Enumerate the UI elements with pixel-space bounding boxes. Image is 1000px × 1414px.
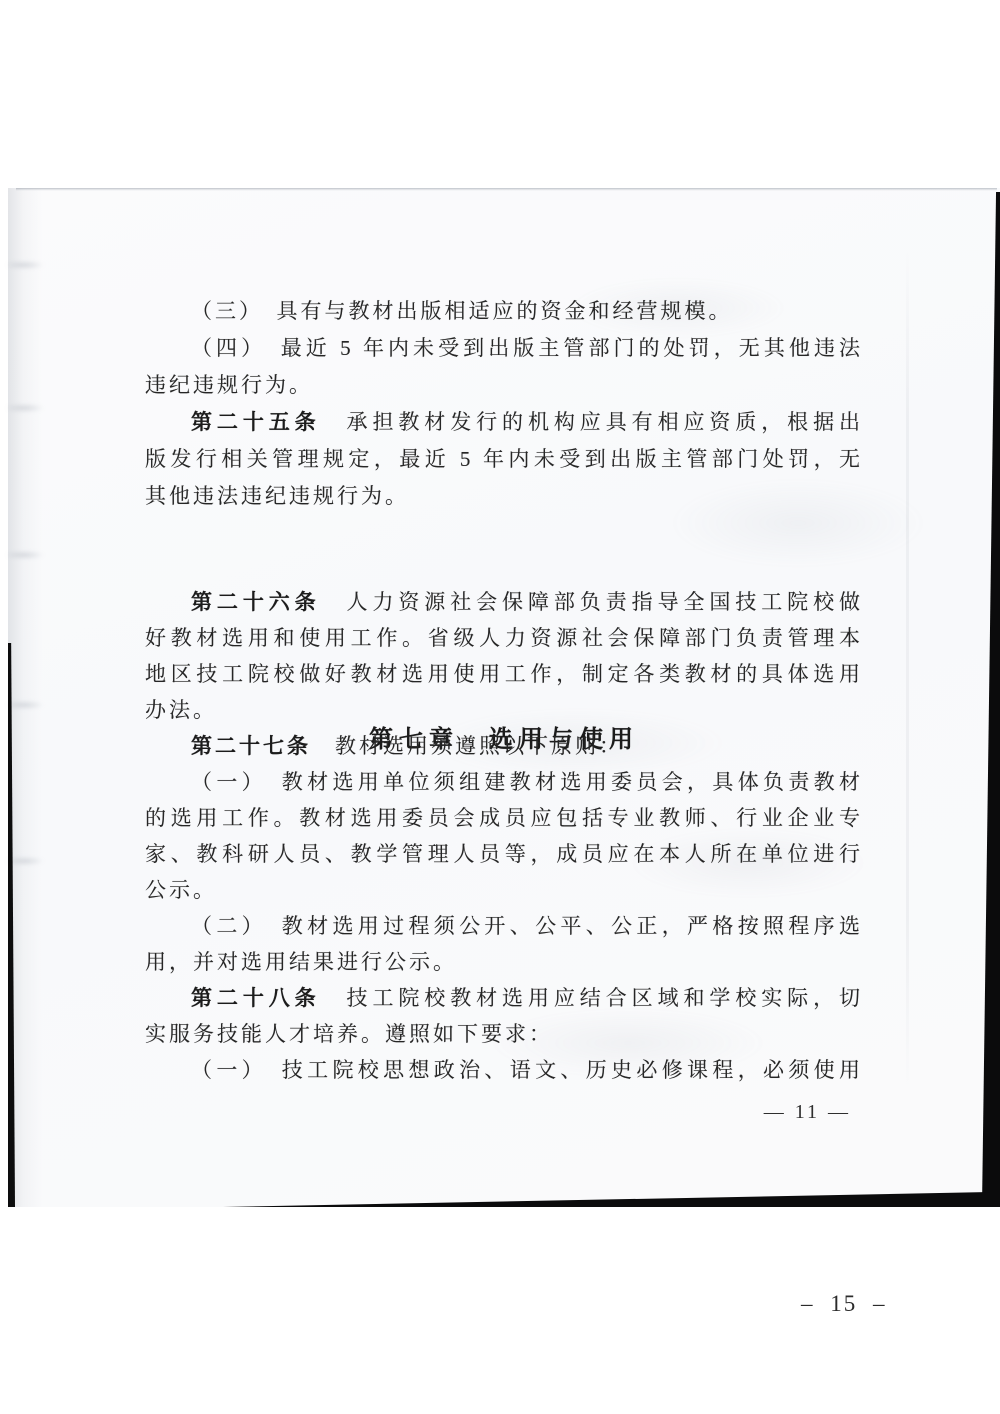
text-line: 其他违法违纪违规行为。 xyxy=(145,478,863,515)
text-line: 好教材选用和使用工作。省级人力资源社会保障部门负责管理本 xyxy=(145,620,863,656)
text-segment: 人力资源社会保障部负责指导全国技工院校做 xyxy=(321,590,863,614)
scanned-page-number: — 11 — xyxy=(145,1098,863,1126)
article-number: 第二十六条 xyxy=(191,590,321,614)
text-line: 公示。 xyxy=(145,872,863,908)
text-segment: 地区技工院校做好教材选用使用工作，制定各类教材的具体选用 xyxy=(145,662,863,686)
text-segment: 家、教科研人员、教学管理人员等，成员应在本人所在单位进行 xyxy=(145,842,863,866)
paper-top-edge xyxy=(16,188,997,191)
text-segment: 其他违法违纪违规行为。 xyxy=(145,484,409,508)
text-segment: 实服务技能人才培养。遵照如下要求： xyxy=(145,1022,553,1046)
paper-crease xyxy=(8,700,54,710)
text-line: 第二十五条 承担教材发行的机构应具有相应资质，根据出 xyxy=(145,404,863,441)
paragraph-block-top: （三） 具有与教材出版相适应的资金和经营规模。（四） 最近 5 年内未受到出版主… xyxy=(145,293,863,515)
text-segment: 用，并对选用结果进行公示。 xyxy=(145,950,457,974)
article-number: 第二十七条 xyxy=(191,734,311,758)
text-line: （三） 具有与教材出版相适应的资金和经营规模。 xyxy=(145,293,863,330)
text-line: 第二十六条 人力资源社会保障部负责指导全国技工院校做 xyxy=(145,584,863,620)
text-segment: （三） 具有与教材出版相适应的资金和经营规模。 xyxy=(191,299,733,323)
text-line: 版发行相关管理规定，最近 5 年内未受到出版主管部门处罚，无 xyxy=(145,441,863,478)
paper-crease xyxy=(8,550,54,560)
text-line: 用，并对选用结果进行公示。 xyxy=(145,944,863,980)
scanned-page: （三） 具有与教材出版相适应的资金和经营规模。（四） 最近 5 年内未受到出版主… xyxy=(8,188,1000,1207)
text-line: （二） 教材选用过程须公开、公平、公正，严格按照程序选 xyxy=(145,908,863,944)
text-segment: 的选用工作。教材选用委员会成员应包括专业教师、行业企业专 xyxy=(145,806,863,830)
text-segment: （一） 技工院校思想政治、语文、历史必修课程，必须使用 xyxy=(191,1058,863,1082)
article-number: 第二十八条 xyxy=(191,986,321,1010)
text-line: 地区技工院校做好教材选用使用工作，制定各类教材的具体选用 xyxy=(145,656,863,692)
scan-edge-bottom xyxy=(223,1192,990,1207)
text-segment: 承担教材发行的机构应具有相应资质，根据出 xyxy=(321,410,863,434)
text-line: 的选用工作。教材选用委员会成员应包括专业教师、行业企业专 xyxy=(145,800,863,836)
paragraph-block-bottom: 第二十六条 人力资源社会保障部负责指导全国技工院校做好教材选用和使用工作。省级人… xyxy=(145,584,863,1088)
text-segment: 办法。 xyxy=(145,698,217,722)
text-segment: （四） 最近 5 年内未受到出版主管部门的处罚，无其他违法 xyxy=(191,336,863,360)
text-segment: 教材选用须遵照以下原则： xyxy=(311,734,623,758)
text-line: 家、教科研人员、教学管理人员等，成员应在本人所在单位进行 xyxy=(145,836,863,872)
paper-crease xyxy=(8,856,54,866)
text-line: 实服务技能人才培养。遵照如下要求： xyxy=(145,1016,863,1052)
text-line: 第二十八条 技工院校教材选用应结合区域和学校实际，切 xyxy=(145,980,863,1016)
paper-crease xyxy=(8,403,54,413)
pdf-page-background: （三） 具有与教材出版相适应的资金和经营规模。（四） 最近 5 年内未受到出版主… xyxy=(0,0,1000,1414)
article-number: 第二十五条 xyxy=(191,410,321,434)
text-segment: 好教材选用和使用工作。省级人力资源社会保障部门负责管理本 xyxy=(145,626,863,650)
text-line: （四） 最近 5 年内未受到出版主管部门的处罚，无其他违法 xyxy=(145,330,863,367)
paper-crease xyxy=(8,260,54,270)
text-segment: （一） 教材选用单位须组建教材选用委员会，具体负责教材 xyxy=(191,770,863,794)
text-segment: 技工院校教材选用应结合区域和学校实际，切 xyxy=(321,986,863,1010)
text-segment: 违纪违规行为。 xyxy=(145,373,313,397)
text-segment: 版发行相关管理规定，最近 5 年内未受到出版主管部门处罚，无 xyxy=(145,447,863,471)
pdf-page-number: – 15 – xyxy=(801,1291,887,1317)
paper-fold-line xyxy=(906,248,909,1087)
text-line: （一） 技工院校思想政治、语文、历史必修课程，必须使用 xyxy=(145,1052,863,1088)
text-line: （一） 教材选用单位须组建教材选用委员会，具体负责教材 xyxy=(145,764,863,800)
text-segment: 公示。 xyxy=(145,878,217,902)
scan-edge-right xyxy=(982,192,1000,1207)
text-line: 办法。 xyxy=(145,692,863,728)
text-line: 违纪违规行为。 xyxy=(145,367,863,404)
text-line: 第二十七条 教材选用须遵照以下原则： xyxy=(145,728,863,764)
text-segment: （二） 教材选用过程须公开、公平、公正，严格按照程序选 xyxy=(191,914,863,938)
